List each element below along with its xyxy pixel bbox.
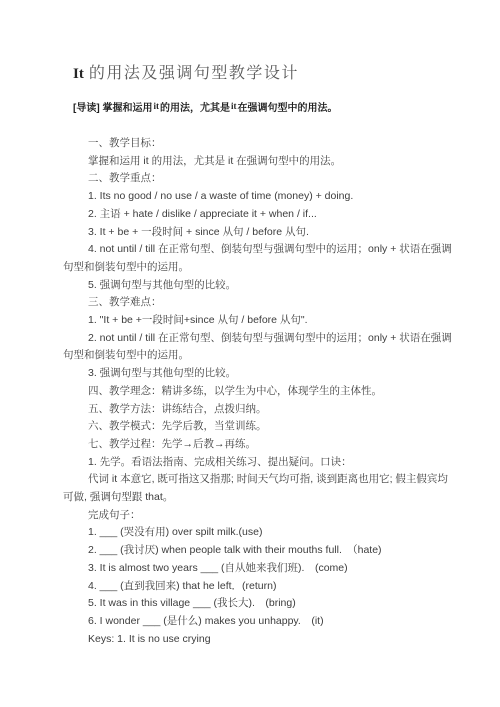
document-body: 一、教学目标： 掌握和运用 it 的用法，尤其是 it 在强调句型中的用法。 二… <box>63 135 482 648</box>
answer-keys-line: Keys: 1. It is no use crying <box>63 631 482 649</box>
text-line: 1. 先学。看语法指南、完成相关练习、提出疑问。口诀： <box>63 454 482 472</box>
text-line: 2. not until / till 在正常句型、倒装句型与强调句型中的运用；… <box>63 330 482 348</box>
text-line: 2. 主语 + hate / dislike / appreciate it +… <box>63 206 482 224</box>
text-line: 代词 it 本意它, 既可指这又指那; 时间天气均可指, 谈到距离也用它; 假主… <box>63 471 482 489</box>
lead-segment: 的用法，尤其是 <box>160 103 230 114</box>
exercise-item: 3. It is almost two years ___ (自从她来我们班).… <box>63 560 482 578</box>
section-heading-methods: 五、教学方法：讲练结合，点拨归纳。 <box>63 401 482 419</box>
lead-it-term: it <box>153 101 159 111</box>
document-page: It的用法及强调句型教学设计 [导读] 掌握和运用it的用法，尤其是it在强调句… <box>0 0 500 707</box>
section-heading-difficulties: 三、教学难点： <box>63 294 482 312</box>
text-line: 1. Its no good / no use / a waste of tim… <box>63 188 482 206</box>
text-line: 5. 强调句型与其他句型的比较。 <box>63 277 482 295</box>
section-heading-philosophy: 四、教学理念：精讲多练，以学生为中心，体现学生的主体性。 <box>63 383 482 401</box>
text-line: 3. It + be + 一段时间 + since 从句 / before 从句… <box>63 224 482 242</box>
section-heading-key-points: 二、教学重点： <box>63 170 482 188</box>
exercise-item: 5. It was in this village ___ (我长大). (br… <box>63 595 482 613</box>
text-line-continuation: 可做, 强调句型跟 that。 <box>63 489 482 507</box>
lead-segment: 在强调句型中的用法。 <box>237 103 337 114</box>
exercise-heading: 完成句子： <box>63 507 482 525</box>
text-line: 1. "It + be +一段时间+since 从句 / before 从句". <box>63 312 482 330</box>
text-line-continuation: 句型和倒装句型中的运用。 <box>63 347 482 365</box>
exercise-item: 2. ___ (我讨厌) when people talk with their… <box>63 542 482 560</box>
page-title: It的用法及强调句型教学设计 <box>73 62 482 86</box>
lead-it-term: it <box>231 101 237 111</box>
exercise-item: 1. ___ (哭没有用) over spilt milk.(use) <box>63 524 482 542</box>
text-line: 掌握和运用 it 的用法，尤其是 it 在强调句型中的用法。 <box>63 153 482 171</box>
title-english-term: It <box>73 66 84 82</box>
text-line-continuation: 句型和倒装句型中的运用。 <box>63 259 482 277</box>
text-line: 4. not until / till 在正常句型、倒装句型与强调句型中的运用；… <box>63 241 482 259</box>
exercise-item: 6. I wonder ___ (是什么) makes you unhappy.… <box>63 613 482 631</box>
text-line: 3. 强调句型与其他句型的比较。 <box>63 365 482 383</box>
section-heading-mode: 六、教学模式：先学后教，当堂训练。 <box>63 418 482 436</box>
exercise-item: 4. ___ (直到我回来) that he left．(return) <box>63 578 482 596</box>
section-heading-process: 七、教学过程：先学→后教→再练。 <box>63 436 482 454</box>
title-chinese-text: 的用法及强调句型教学设计 <box>89 65 299 82</box>
lead-segment: [导读] 掌握和运用 <box>73 103 152 114</box>
section-heading-goals: 一、教学目标： <box>63 135 482 153</box>
lead-summary: [导读] 掌握和运用it的用法，尤其是it在强调句型中的用法。 <box>73 99 482 116</box>
